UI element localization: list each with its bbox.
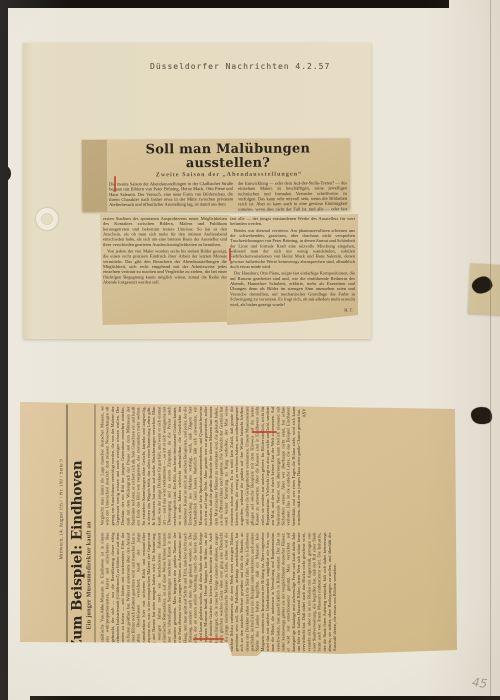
- clipping2-columns: Das städtische Van-Abbe-Museum in Eindho…: [99, 400, 447, 658]
- red-pencil-mark: [193, 638, 224, 640]
- clipping1-paragraph: Von jedem der vier Maler wurden sechs bi…: [103, 249, 227, 285]
- page-number-pencil: 45: [471, 675, 488, 691]
- frame-notch: [0, 166, 11, 181]
- hole-reinforcement-ring: [36, 208, 58, 230]
- clipping1-paragraph: Beides war diesmal vertreten. Am phantas…: [230, 228, 355, 269]
- frame-edge-bottom: [30, 696, 500, 700]
- clipping2-signature: ASV: [301, 407, 306, 526]
- clipping1-signature: H. T.: [230, 307, 355, 312]
- clipping2-right-column: Vergleicht man damit die Lage mancher de…: [99, 407, 447, 526]
- frame-edge-top: [3, 0, 449, 8]
- clipping1-right-column: der Entwicklung — oder dem Auf-der-Stell…: [238, 181, 347, 212]
- clipping1-left-column: Die zweite Saison der Abendausstellungen…: [109, 181, 233, 212]
- frame-edge-left: [0, 0, 8, 700]
- scrapbook-page-photo: Düsseldorfer Nachrichten 4.2.57 Soll man…: [0, 0, 500, 700]
- red-pencil-mark: [229, 248, 231, 261]
- clipping2-rotated: Mittwoch, 14. August 1957 / Nr. 190 / Se…: [20, 400, 457, 657]
- clipping2-paragraph: Das städtische Van-Abbe-Museum in Eindho…: [99, 533, 337, 652]
- red-pencil-mark: [252, 431, 277, 433]
- clipping1-lower-left-piece: ersten Stadium des spontanen Ausprobiere…: [100, 214, 230, 325]
- clipping1-fold-strip: [82, 140, 107, 212]
- clipping2-article: Mittwoch, 14. August 1957 / Nr. 190 / Se…: [21, 400, 456, 658]
- clipping1-subhead: Zweite Saison der „Abendausstellungen“: [112, 172, 346, 179]
- clipping1-top-piece: Soll man Malübungen ausstellen? Zweite S…: [82, 138, 350, 211]
- clipping2-headline: Zum Beispiel: Eindhoven: [70, 492, 84, 650]
- clipping1-left-paragraph: Die zweite Saison der Abendausstellungen…: [109, 181, 233, 208]
- clipping1-right-paragraph: der Entwicklung — oder dem Auf-der-Stell…: [238, 181, 347, 212]
- rule-line: [66, 405, 67, 653]
- clipping1-headline: Soll man Malübungen ausstellen?: [112, 142, 344, 170]
- crease-line: [490, 0, 491, 700]
- clipping2-subhead: Ein junger Museumsdirektor kauft an: [86, 440, 92, 630]
- clipping2-left-column: Das städtische Van-Abbe-Museum in Eindho…: [99, 533, 447, 652]
- clipping1-lower-right-piece: fast alle — der jüngst entstandenen Werk…: [227, 214, 358, 325]
- rule-line: [94, 405, 95, 653]
- clipping1-paragraph: ersten Stadium des spontanen Ausprobiere…: [103, 216, 227, 247]
- clipping2-header: Mittwoch, 14. August 1957 / Nr. 190 / Se…: [21, 400, 95, 658]
- clipping1-columns: Die zweite Saison der Abendausstellungen…: [82, 181, 350, 212]
- red-pencil-mark: [114, 176, 116, 192]
- clipping2-dateline: Mittwoch, 14. August 1957 / Nr. 190 / Se…: [59, 406, 64, 560]
- typewritten-caption: Düsseldorfer Nachrichten 4.2.57: [150, 62, 330, 71]
- clipping1-paragraph: Der Hausherr, Otto Piene, zeigte fast ei…: [230, 271, 355, 307]
- clipping1-paragraph: fast alle — der jüngst entstandenen Werk…: [230, 216, 355, 226]
- clipping2-paragraph: Vergleicht man damit die Lage mancher de…: [99, 407, 301, 526]
